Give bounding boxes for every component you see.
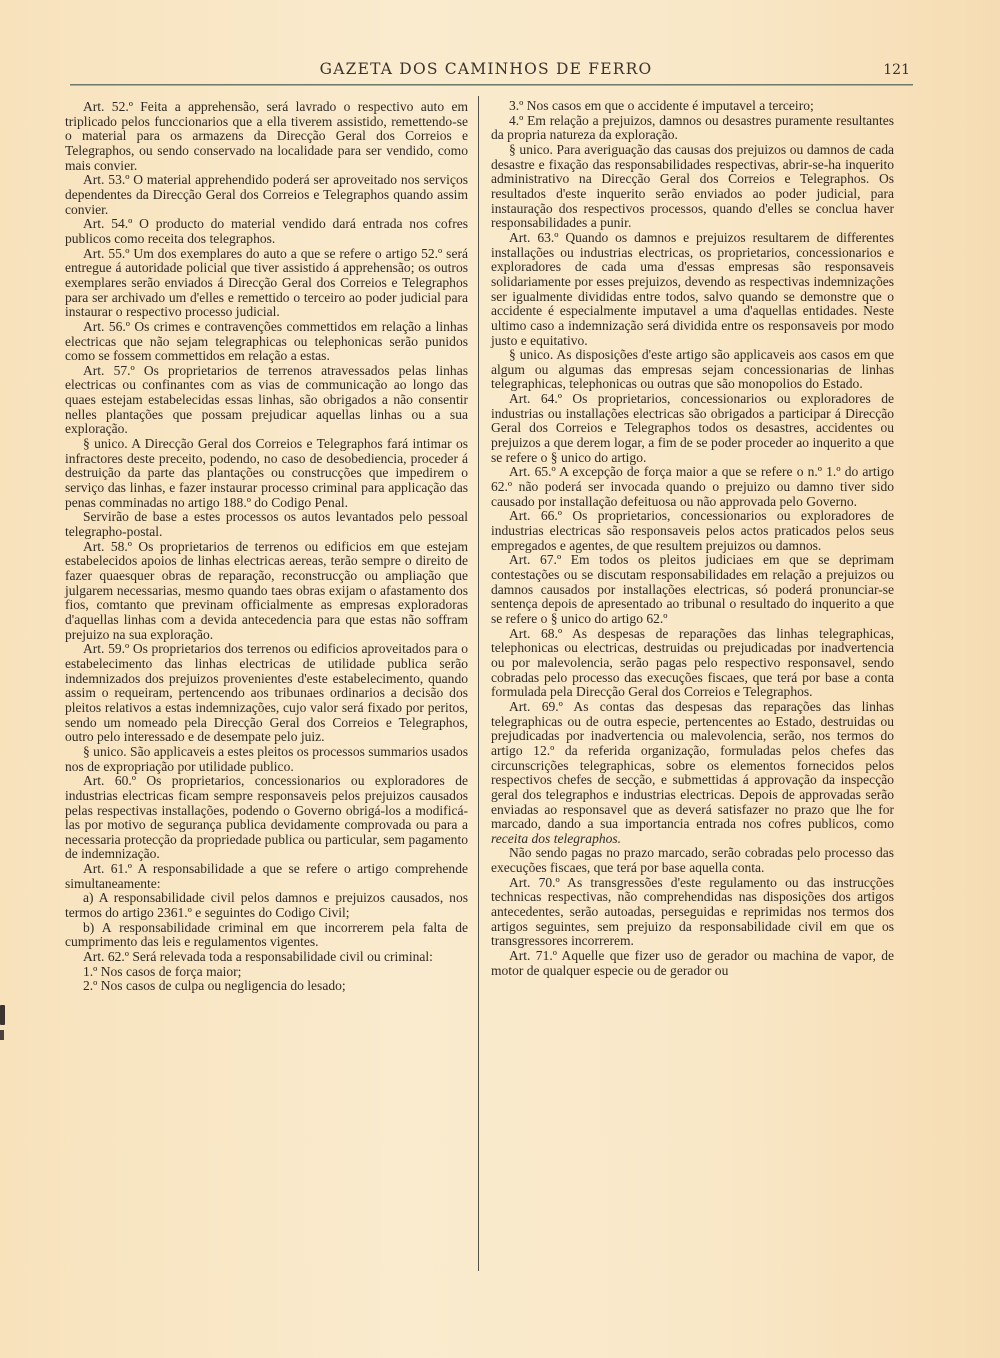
article-58: Art. 58.º Os proprietarios de terrenos o… [65, 540, 468, 643]
article-62-item-4: 4.º Em relação a prejuizos, damnos ou de… [491, 114, 894, 143]
article-55: Art. 55.º Um dos exemplares do auto a qu… [65, 247, 468, 320]
article-66: Art. 66.º Os proprietarios, concessionar… [491, 509, 894, 553]
column-divider [478, 96, 479, 1271]
header-rule [70, 84, 913, 86]
article-69-italic-tail: receita dos telegraphos. [491, 831, 621, 846]
article-68: Art. 68.º As despesas de reparações das … [491, 627, 894, 700]
article-54: Art. 54.º O producto do material vendido… [65, 217, 468, 246]
article-61: Art. 61.º A responsabilidade a que se re… [65, 862, 468, 891]
article-69-text: Art. 69.º As contas das despesas das rep… [491, 699, 894, 831]
article-57-paragraph-unico: § unico. A Direcção Geral dos Correios e… [65, 437, 468, 510]
article-62: Art. 62.º Será relevada toda a responsab… [65, 950, 468, 965]
binding-mark [0, 1005, 5, 1025]
article-62-item-3: 3.º Nos casos em que o accidente é imput… [491, 99, 894, 114]
article-71: Art. 71.º Aquelle que fizer uso de gerad… [491, 949, 894, 978]
left-column: Art. 52.º Feita a apprehensão, será lavr… [65, 100, 468, 994]
article-61-item-b: b) A responsabilidade criminal em que in… [65, 921, 468, 950]
right-column: 3.º Nos casos em que o accidente é imput… [491, 99, 894, 978]
article-52: Art. 52.º Feita a apprehensão, será lavr… [65, 100, 468, 173]
article-62-item-2: 2.º Nos casos de culpa ou negligencia do… [65, 979, 468, 994]
article-63-paragraph-unico: § unico. As disposições d'este artigo sã… [491, 348, 894, 392]
publication-title: GAZETA DOS CAMINHOS DE FERRO [62, 60, 910, 78]
article-69: Art. 69.º As contas das despesas das rep… [491, 700, 894, 847]
article-63: Art. 63.º Quando os damnos e prejuizos r… [491, 231, 894, 348]
article-62-item-1: 1.º Nos casos de força maior; [65, 965, 468, 980]
article-69-note: Não sendo pagas no prazo marcado, serão … [491, 846, 894, 875]
article-65: Art. 65.º A excepção de força maior a qu… [491, 465, 894, 509]
article-56: Art. 56.º Os crimes e contravenções comm… [65, 320, 468, 364]
article-57: Art. 57.º Os proprietarios de terrenos a… [65, 364, 468, 437]
article-70: Art. 70.º As transgressões d'este regula… [491, 876, 894, 949]
article-67: Art. 67.º Em todos os pleitos judiciaes … [491, 553, 894, 626]
article-53: Art. 53.º O material apprehendido poderá… [65, 173, 468, 217]
article-62-paragraph-unico: § unico. Para averiguação das causas dos… [491, 143, 894, 231]
article-61-item-a: a) A responsabilidade civil pelos damnos… [65, 891, 468, 920]
article-64: Art. 64.º Os proprietarios, concessionar… [491, 392, 894, 465]
binding-mark-small [0, 1030, 4, 1040]
page-number: 121 [883, 62, 910, 78]
article-59-paragraph-unico: § unico. São applicaveis a estes pleitos… [65, 745, 468, 774]
article-60: Art. 60.º Os proprietarios, concessionar… [65, 774, 468, 862]
article-57-note: Servirão de base a estes processos os au… [65, 510, 468, 539]
page-header: GAZETA DOS CAMINHOS DE FERRO 121 [62, 58, 910, 80]
article-59: Art. 59.º Os proprietarios dos terrenos … [65, 642, 468, 745]
